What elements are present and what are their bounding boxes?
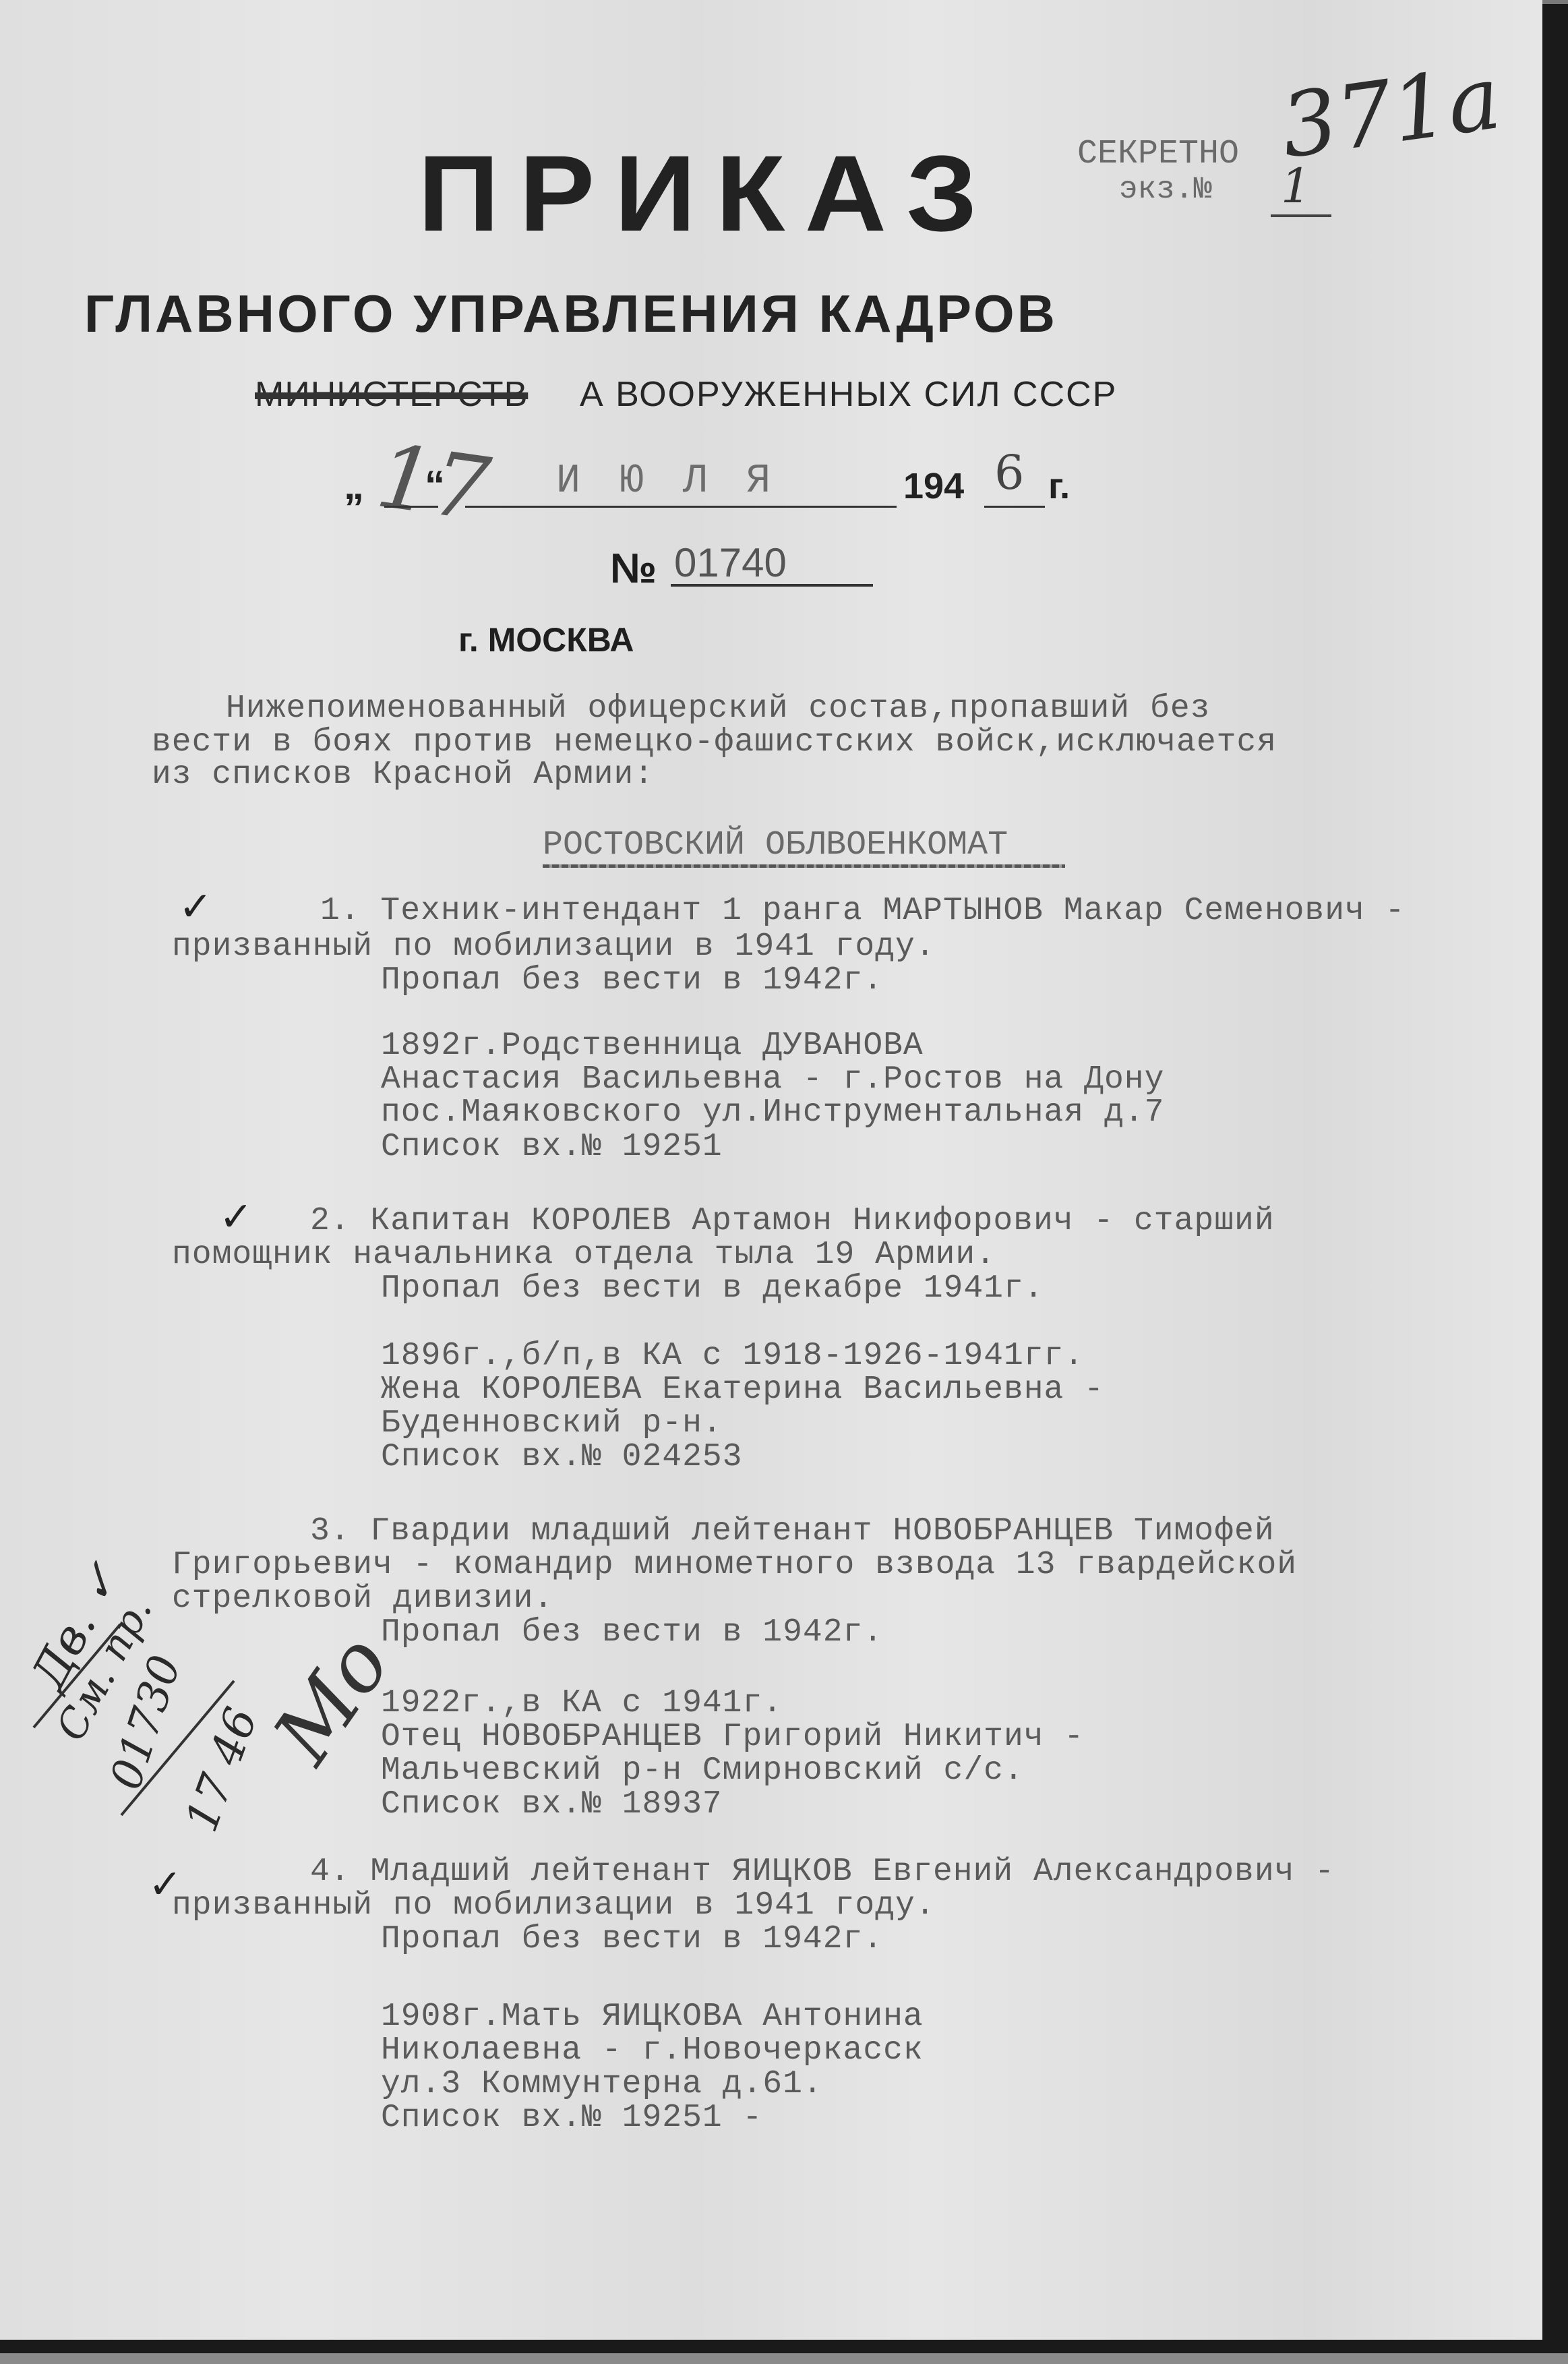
entry-detail-line: Список вх.№ 19251 bbox=[381, 1129, 723, 1164]
section-heading: РОСТОВСКИЙ ОБЛВОЕНКОМАТ bbox=[543, 826, 1008, 864]
entry-detail-line: 1896г.,б/п,в КА с 1918-1926-1941гг. bbox=[381, 1338, 1084, 1373]
entry-detail-line: Список вх.№ 18937 bbox=[381, 1787, 723, 1822]
date-year-suffix-handwritten: 6 bbox=[994, 445, 1025, 500]
entry-detail-line: пос.Маяковского ул.Инструментальная д.7 bbox=[381, 1095, 1164, 1130]
ministry-struck-text: МИНИСТЕРСТВ bbox=[255, 374, 528, 415]
entry-detail-line: Мальчевский р-н Смирновский с/с. bbox=[381, 1753, 1024, 1788]
intro-line: вести в боях против немецко-фашистских в… bbox=[152, 725, 1277, 760]
margin-note-handwritten: 17 46 bbox=[175, 1701, 268, 1838]
entry-detail-line: Отец НОВОБРАНЦЕВ Григорий Никитич - bbox=[381, 1719, 1084, 1754]
entry-detail-line: Список вх.№ 19251 - bbox=[381, 2100, 762, 2135]
entry-line: стрелковой дивизии. bbox=[172, 1581, 553, 1616]
entry-line: Григорьевич - командир минометного взвод… bbox=[172, 1547, 1297, 1583]
entry-line: Пропал без вести в 1942г. bbox=[381, 1922, 883, 1957]
scan-bottom-edge bbox=[0, 2353, 1568, 2364]
date-year-line bbox=[984, 506, 1045, 508]
entry-detail-line: Список вх.№ 024253 bbox=[381, 1440, 742, 1475]
date-year-prefix: 194 bbox=[903, 465, 964, 507]
copy-number-label: экз.№ bbox=[1119, 172, 1212, 207]
entry-line: 2. Капитан КОРОЛЕВ Артамон Никифорович -… bbox=[310, 1204, 1275, 1239]
classification-label: СЕКРЕТНО bbox=[1077, 135, 1239, 173]
entry-line: 3. Гвардии младший лейтенант НОВОБРАНЦЕВ… bbox=[310, 1514, 1275, 1549]
city-line: г. МОСКВА bbox=[458, 620, 634, 659]
check-mark-icon: ✓ bbox=[179, 883, 212, 930]
entry-detail-line: 1908г.Мать ЯИЦКОВА Антонина bbox=[381, 1999, 924, 2034]
date-day-line bbox=[384, 506, 438, 508]
entry-line: Пропал без вести в 1942г. bbox=[381, 1615, 883, 1650]
document-title: ПРИКАЗ bbox=[418, 131, 997, 256]
entry-line: помощник начальника отдела тыла 19 Армии… bbox=[172, 1237, 996, 1272]
ministry-heading: А ВООРУЖЕННЫХ СИЛ СССР bbox=[580, 374, 1117, 415]
order-number-underline bbox=[671, 584, 873, 587]
document-page: ПРИКАЗ ГЛАВНОГО УПРАВЛЕНИЯ КАДРОВ МИНИСТ… bbox=[0, 0, 1542, 2340]
copy-number-underline bbox=[1271, 214, 1331, 217]
entry-detail-line: ул.3 Коммунтерна д.61. bbox=[381, 2067, 823, 2102]
entry-detail-line: 1922г.,в КА с 1941г. bbox=[381, 1686, 783, 1721]
intro-line: из списков Красной Армии: bbox=[152, 757, 654, 792]
department-heading: ГЛАВНОГО УПРАВЛЕНИЯ КАДРОВ bbox=[84, 283, 1058, 345]
entry-line: призванный по мобилизации в 1941 году. bbox=[172, 1888, 936, 1923]
intro-line: Нижепоименованный офицерский состав,проп… bbox=[226, 691, 1210, 726]
date-year-unit: г. bbox=[1048, 465, 1070, 507]
entry-line: Пропал без вести в 1942г. bbox=[381, 963, 883, 998]
section-heading-underline bbox=[543, 864, 1065, 868]
date-month: ИЮЛЯ bbox=[556, 459, 810, 504]
entry-line: Пропал без вести в декабре 1941г. bbox=[381, 1271, 1044, 1306]
entry-line: призванный по мобилизации в 1941 году. bbox=[172, 929, 936, 964]
order-number-label: № bbox=[610, 545, 657, 593]
entry-detail-line: Николаевна - г.Новочеркасск bbox=[381, 2033, 924, 2068]
date-close-quote: “ bbox=[425, 462, 445, 508]
check-mark-icon: ✓ bbox=[219, 1193, 253, 1241]
entry-detail-line: Буденновский р-н. bbox=[381, 1406, 723, 1441]
entry-line: 1. Техник-интендант 1 ранга МАРТЫНОВ Мак… bbox=[320, 893, 1405, 928]
date-open-quote: „ bbox=[344, 462, 364, 508]
entry-detail-line: 1892г.Родственница ДУВАНОВА bbox=[381, 1028, 924, 1063]
entry-line: 4. Младший лейтенант ЯИЦКОВ Евгений Алек… bbox=[310, 1854, 1335, 1889]
order-number-value: 01740 bbox=[674, 539, 787, 586]
entry-detail-line: Анастасия Васильевна - г.Ростов на Дону bbox=[381, 1062, 1164, 1097]
entry-detail-line: Жена КОРОЛЕВА Екатерина Васильевна - bbox=[381, 1372, 1104, 1407]
date-month-line bbox=[465, 506, 897, 508]
archive-number-handwritten: 371а bbox=[1275, 46, 1507, 178]
